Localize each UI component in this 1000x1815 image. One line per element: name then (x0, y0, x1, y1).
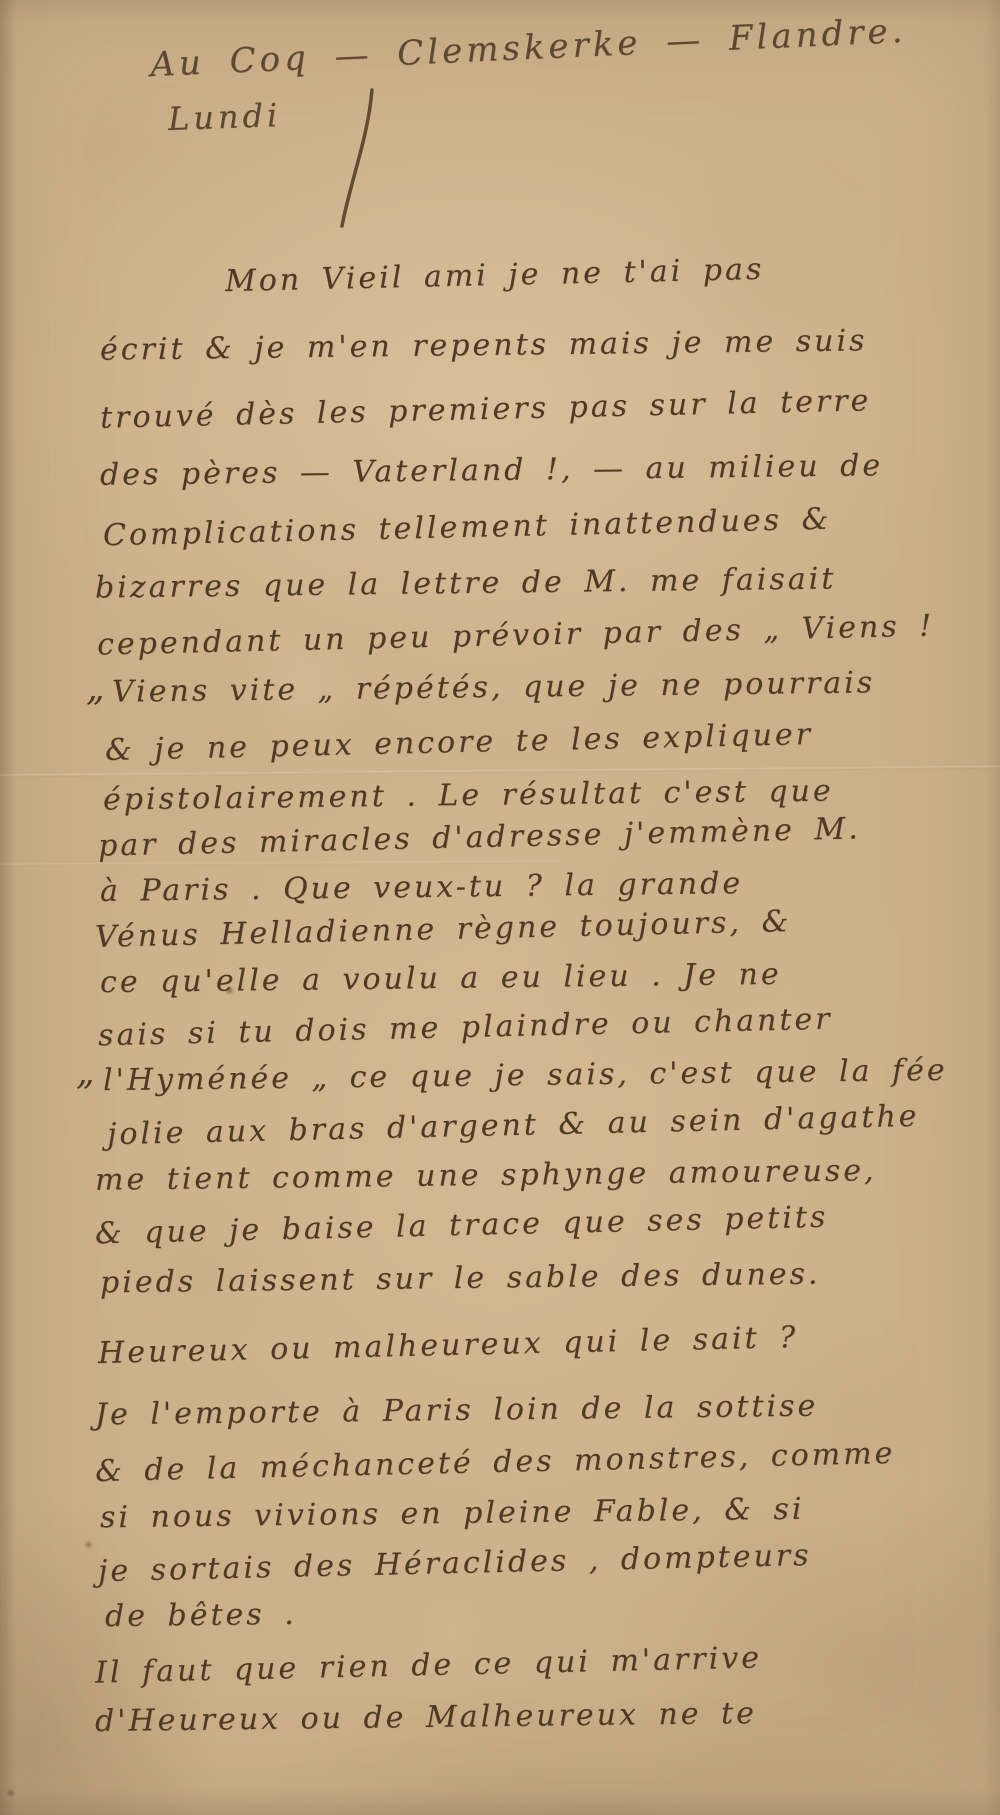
letter-line: je sortais des Héraclides , dompteurs (98, 1538, 812, 1589)
letter-line: me tient comme une sphynge amoureuse, (95, 1153, 877, 1198)
paper-fold-crease (0, 766, 1000, 778)
letter-line: épistolairement . Le résultat c'est que (103, 774, 834, 818)
letter-heading-location: Au Coq — Clemskerke — Flandre. (149, 11, 907, 85)
letter-line: bizarres que la lettre de M. me faisait (95, 561, 837, 605)
paper-fold-crease (0, 861, 560, 867)
letter-line: Vénus Helladienne règne toujours, & (95, 904, 792, 955)
letter-line: & de la méchanceté des monstres, comme (95, 1436, 896, 1489)
letter-line: Complications tellement inattendues & (103, 502, 832, 554)
letter-line: de bêtes . (105, 1597, 297, 1634)
letter-line: Je l'emporte à Paris loin de la sottise (95, 1389, 819, 1433)
letter-line: cependant un peu prévoir par des „ Viens… (97, 609, 935, 663)
margin-low-quote-mark: „ (86, 668, 105, 709)
letter-line: ce qu'elle a voulu a eu lieu . Je ne (100, 957, 782, 1000)
letter-line: Heureux ou malheureux qui le sait ? (98, 1320, 799, 1371)
letter-line: Il faut que rien de ce qui m'arrive (95, 1640, 763, 1690)
letter-line: par des miracles d'adresse j'emmène M. (98, 811, 861, 863)
letter-line: à Paris . Que veux-tu ? la grande (100, 866, 743, 909)
letter-line: trouvé dès les premiers pas sur la terre (100, 383, 872, 435)
letter-page: Au Coq — Clemskerke — Flandre. Lundi „ „… (0, 0, 1000, 1815)
letter-line: & je ne peux encore te les expliquer (105, 717, 814, 768)
letter-line: l'Hyménée „ ce que je sais, c'est que la… (103, 1053, 948, 1098)
letter-line: des pères — Vaterland !, — au milieu de (100, 448, 883, 493)
letter-line: d'Heureux ou de Malheureux ne te (95, 1696, 757, 1739)
letter-heading-day: Lundi (167, 96, 281, 138)
letter-line: écrit & je m'en repents mais je me suis (100, 323, 868, 367)
letter-line: Mon Vieil ami je ne t'ai pas (225, 252, 765, 299)
letter-line: pieds laissent sur le sable des dunes. (100, 1257, 821, 1301)
margin-low-quote-mark: „ (76, 1052, 95, 1093)
letter-line: sais si tu dois me plaindre ou chanter (98, 1002, 833, 1054)
foxing-spot (84, 1540, 93, 1549)
letter-line: si nous vivions en pleine Fable, & si (100, 1492, 805, 1536)
foxing-spot (6, 1788, 16, 1798)
pen-descender-stroke (320, 88, 380, 238)
letter-line: jolie aux bras d'argent & au sein d'agat… (107, 1099, 920, 1152)
letter-line: & que je baise la trace que ses petits (95, 1200, 829, 1252)
letter-line: Viens vite „ répétés, que je ne pourrais (112, 665, 876, 709)
